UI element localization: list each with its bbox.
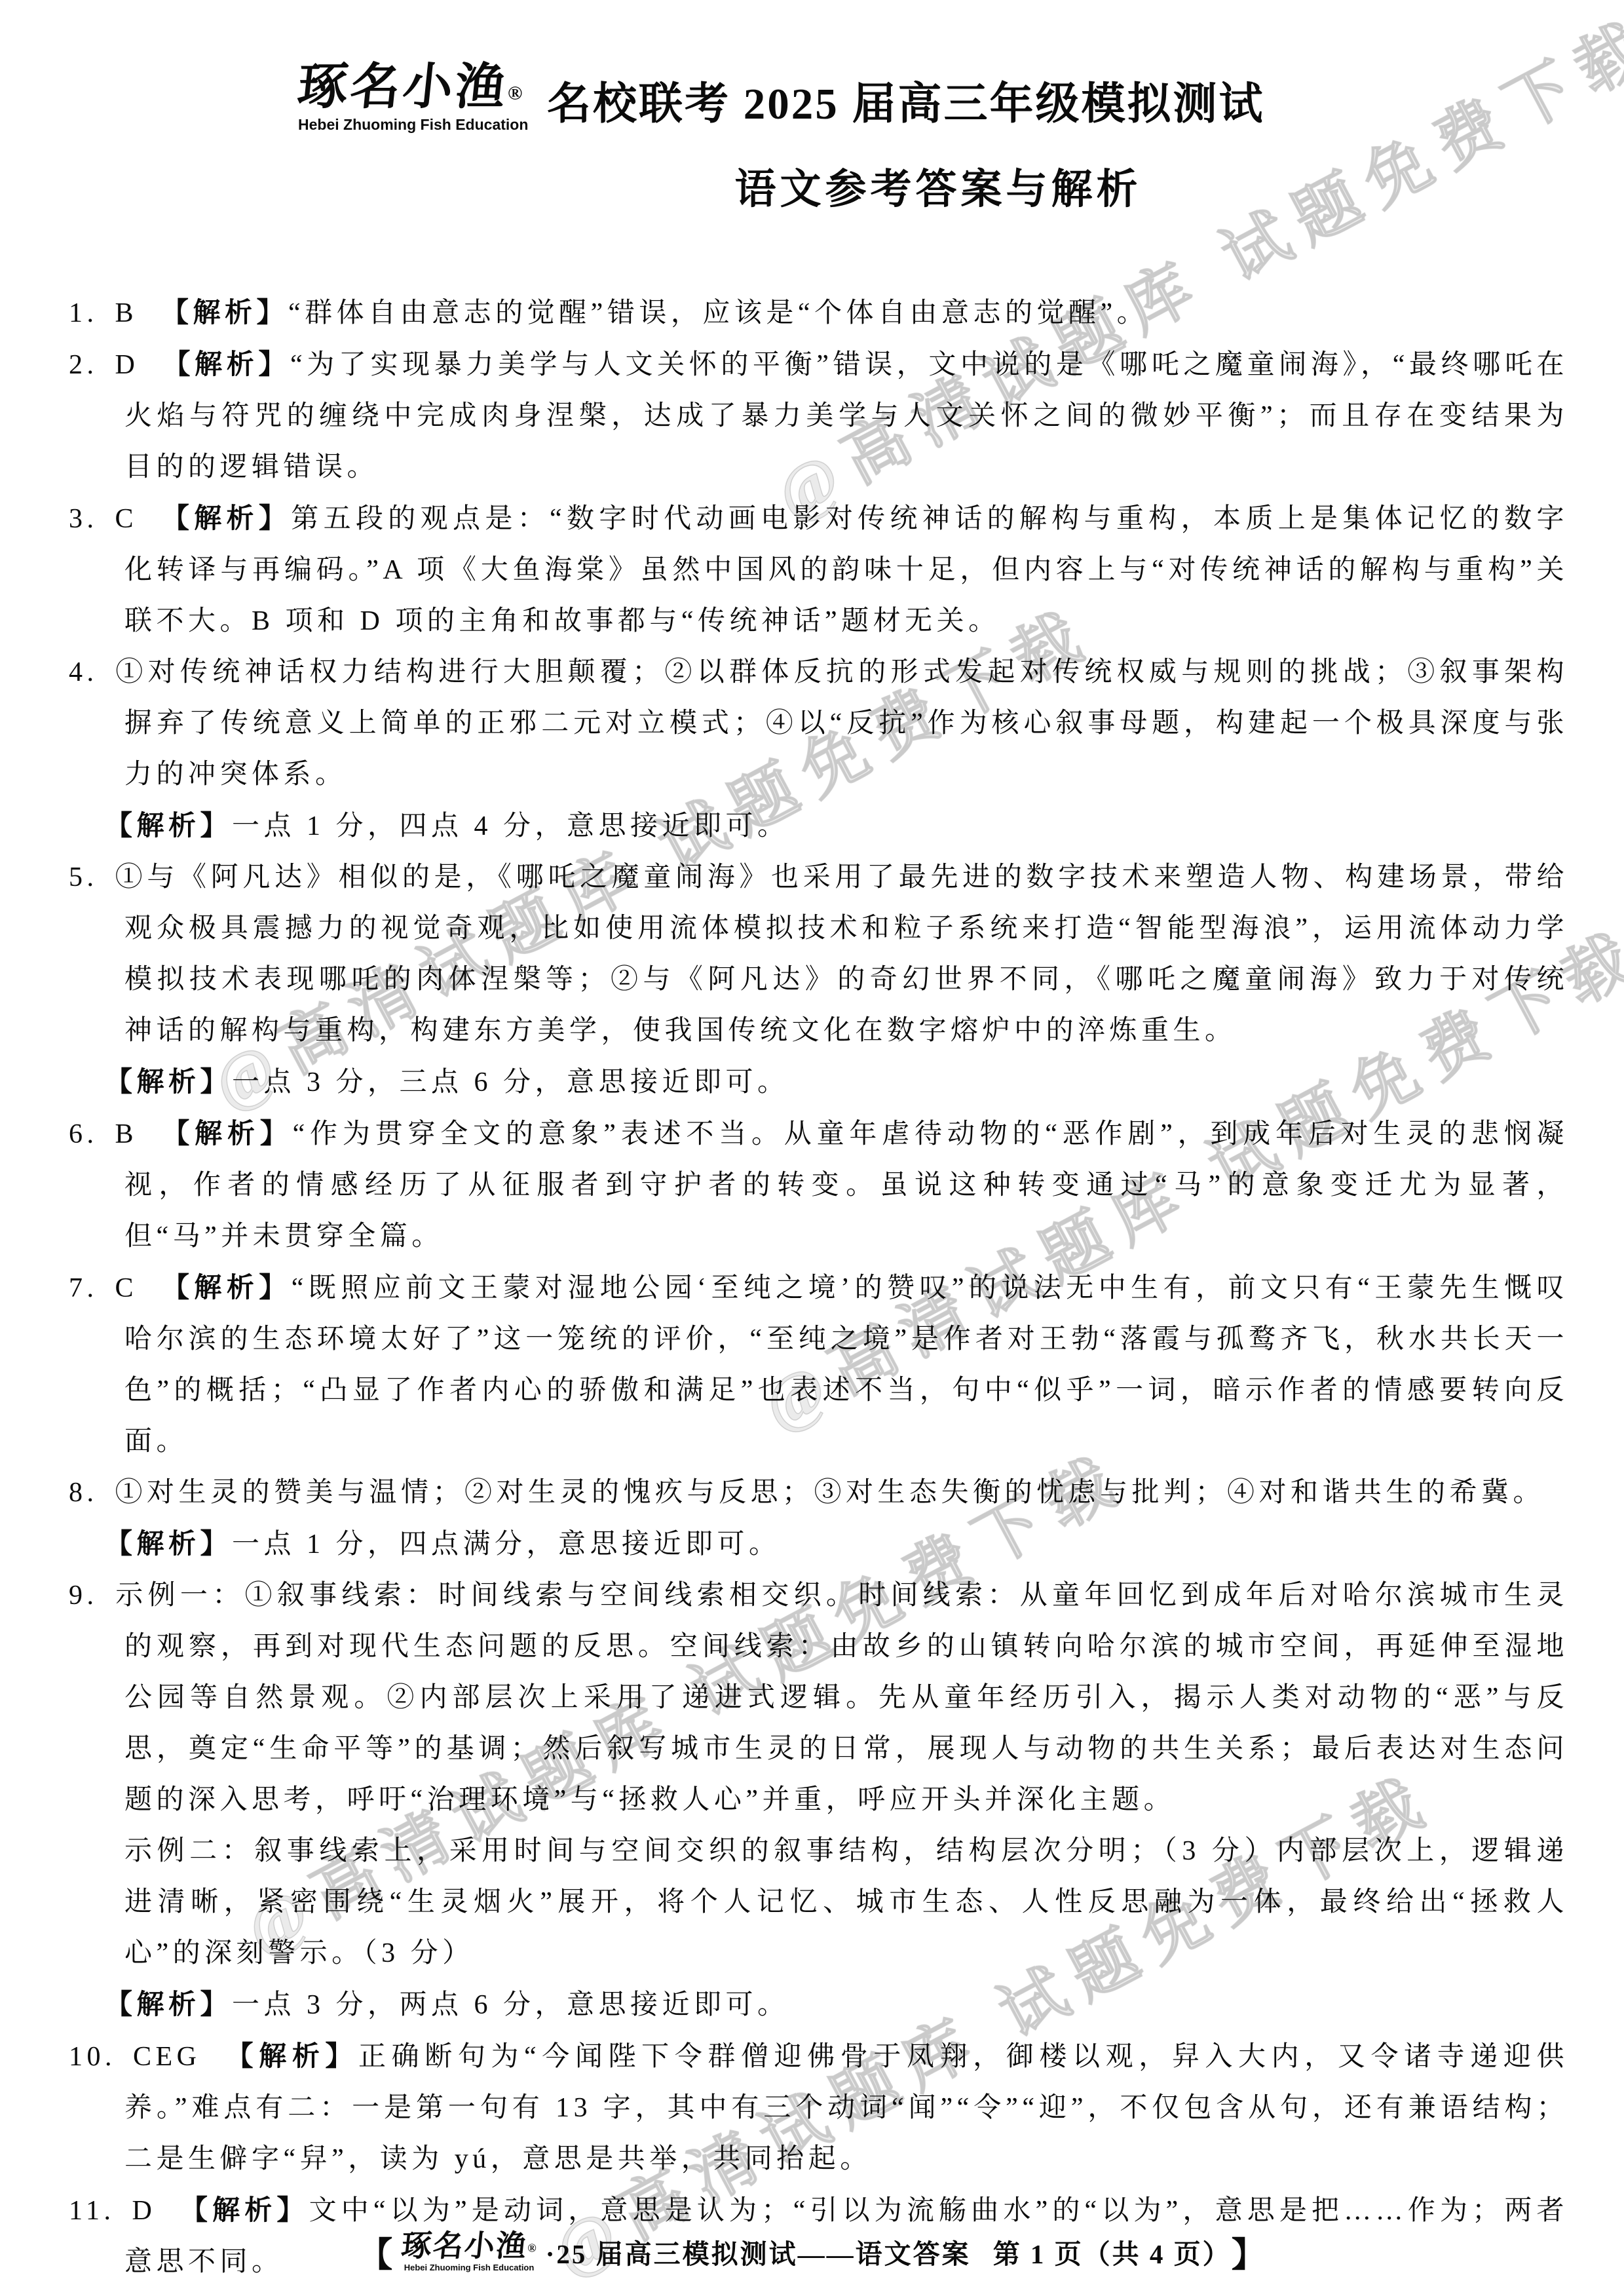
jiexi-label: 【解析】 xyxy=(105,1989,232,2019)
jiexi-label: 【解析】 xyxy=(161,503,291,533)
answer-item-8-jiexi: 【解析】一点 1 分，四点满分，意思接近即可。 xyxy=(105,1518,1568,1570)
item-text-example-1: 示例一：①叙事线索：时间线索与空间线索相交织。时间线索：从童年回忆到成年后对哈尔… xyxy=(115,1580,1569,1815)
answer-letter: C xyxy=(115,1273,138,1303)
answer-item-6: 6.B【解析】“作为贯穿全文的意象”表述不当。从童年虐待动物的“恶作剧”，到成年… xyxy=(124,1108,1568,1262)
answer-item-9: 9.示例一：①叙事线索：时间线索与空间线索相交织。时间线索：从童年回忆到成年后对… xyxy=(124,1570,1568,1826)
page-title: 语文参考答案与解析 xyxy=(252,156,1624,216)
item-number: 6. xyxy=(69,1119,98,1149)
item-number: 4. xyxy=(69,657,98,687)
answer-letter: C xyxy=(115,504,138,534)
page-footer: 【 琢名小渔® Hebei Zhuoming Fish Education ·2… xyxy=(0,2227,1624,2276)
jiexi-text: 一点 3 分，两点 6 分，意思接近即可。 xyxy=(232,1990,789,2020)
answer-item-8: 8.①对生灵的赞美与温情；②对生灵的愧疚与反思；③对生态失衡的忧虑与批判；④对和… xyxy=(124,1467,1568,1518)
jiexi-text: 一点 3 分，三点 6 分，意思接近即可。 xyxy=(232,1067,789,1098)
exam-title: 名校联考 2025 届高三年级模拟测试 xyxy=(547,69,1265,132)
answer-item-3: 3.C【解析】第五段的观点是：“数字时代动画电影对传统神话的解构与重构，本质上是… xyxy=(124,493,1568,647)
footer-bracket-open: 【 xyxy=(358,2227,392,2276)
brand-name: 琢名小渔 xyxy=(295,62,510,112)
jiexi-label: 【解析】 xyxy=(161,1272,292,1303)
item-number: 10. xyxy=(69,2042,116,2072)
page-number: 第 1 页（共 4 页） xyxy=(993,2232,1232,2271)
jiexi-label: 【解析】 xyxy=(105,1066,232,1097)
answers-list: 1.B【解析】“群体自由意志的觉醒”错误，应该是“个体自由意志的觉醒”。 2.D… xyxy=(0,287,1624,2287)
answer-item-2: 2.D【解析】“为了实现暴力美学与人文关怀的平衡”错误，文中说的是《哪吒之魔童闹… xyxy=(124,339,1568,493)
footer-brand-name: 琢名小渔 xyxy=(400,2231,529,2261)
header: 琢名小渔® Hebei Zhuoming Fish Education 名校联考… xyxy=(0,0,1624,210)
item-text: “既照应前文王蒙对湿地公园‘至纯之境’的赞叹”的说法无中生有，前文只有“王蒙先生… xyxy=(124,1273,1568,1457)
item-number: 8. xyxy=(69,1478,98,1508)
answer-item-10: 10.CEG【解析】正确断句为“今闻陛下令群僧迎佛骨于凤翔，御楼以观，舁入大内，… xyxy=(124,2031,1568,2185)
footer-exam-label: ·25 届高三模拟测试——语文答案 xyxy=(546,2232,971,2271)
answer-letter: B xyxy=(115,1119,138,1149)
jiexi-label: 【解析】 xyxy=(162,349,290,379)
answer-item-9-example-2: 示例二：叙事线索上，采用时间与空间交织的叙事结构，结构层次分明；（3 分）内部层… xyxy=(124,1826,1568,1979)
item-text: “为了实现暴力美学与人文关怀的平衡”错误，文中说的是《哪吒之魔童闹海》，“最终哪… xyxy=(124,350,1568,482)
jiexi-label: 【解析】 xyxy=(225,2040,359,2071)
item-number: 9. xyxy=(69,1580,98,1611)
answer-item-4-jiexi: 【解析】一点 1 分，四点 4 分，意思接近即可。 xyxy=(105,800,1568,852)
item-number: 5. xyxy=(69,862,98,892)
jiexi-label: 【解析】 xyxy=(179,2194,309,2225)
brand-english: Hebei Zhuoming Fish Education xyxy=(298,116,547,134)
item-number: 11. xyxy=(69,2196,115,2226)
jiexi-label: 【解析】 xyxy=(161,297,288,328)
item-text: ①对生灵的赞美与温情；②对生灵的愧疚与反思；③对生态失衡的忧虑与批判；④对和谐共… xyxy=(115,1478,1545,1508)
jiexi-text: 一点 1 分，四点满分，意思接近即可。 xyxy=(232,1529,781,1559)
answer-letter: D xyxy=(115,350,140,380)
answer-item-5: 5.①与《阿凡达》相似的是，《哪吒之魔童闹海》也采用了最先进的数字技术来塑造人物… xyxy=(124,852,1568,1056)
item-text: ①与《阿凡达》相似的是，《哪吒之魔童闹海》也采用了最先进的数字技术来塑造人物、构… xyxy=(115,862,1569,1046)
item-text: ①对传统神话权力结构进行大胆颠覆；②以群体反抗的形式发起对传统权威与规则的挑战；… xyxy=(115,657,1569,790)
item-number: 3. xyxy=(69,504,98,534)
item-number: 7. xyxy=(69,1273,98,1303)
registered-mark: ® xyxy=(508,83,522,104)
answer-letter: CEG xyxy=(133,2042,201,2072)
item-text: “作为贯穿全文的意象”表述不当。从童年虐待动物的“恶作剧”，到成年后对生灵的悲悯… xyxy=(124,1119,1568,1252)
item-number: 1. xyxy=(69,298,98,328)
footer-logo: 琢名小渔® Hebei Zhuoming Fish Education xyxy=(402,2231,536,2272)
jiexi-text: 一点 1 分，四点 4 分，意思接近即可。 xyxy=(232,811,789,841)
footer-brand-english: Hebei Zhuoming Fish Education xyxy=(402,2263,536,2272)
item-number: 2. xyxy=(69,350,98,380)
item-text-example-2: 示例二：叙事线索上，采用时间与空间交织的叙事结构，结构层次分明；（3 分）内部层… xyxy=(124,1836,1568,1968)
answer-item-9-jiexi: 【解析】一点 3 分，两点 6 分，意思接近即可。 xyxy=(105,1979,1568,2031)
answer-letter: B xyxy=(115,298,138,328)
jiexi-label: 【解析】 xyxy=(105,810,232,841)
item-text: 第五段的观点是：“数字时代动画电影对传统神话的解构与重构，本质上是集体记忆的数字… xyxy=(124,504,1568,636)
footer-registered-mark: ® xyxy=(527,2242,536,2255)
answer-item-7: 7.C【解析】“既照应前文王蒙对湿地公园‘至纯之境’的赞叹”的说法无中生有，前文… xyxy=(124,1262,1568,1467)
item-text: “群体自由意志的觉醒”错误，应该是“个体自由意志的觉醒”。 xyxy=(288,298,1148,328)
footer-bracket-close: 】 xyxy=(1232,2227,1266,2276)
publisher-logo: 琢名小渔® Hebei Zhuoming Fish Education xyxy=(298,62,547,134)
answer-item-4: 4.①对传统神话权力结构进行大胆颠覆；②以群体反抗的形式发起对传统权威与规则的挑… xyxy=(124,647,1568,800)
answer-letter: D xyxy=(132,2196,156,2226)
jiexi-label: 【解析】 xyxy=(105,1528,232,1559)
answer-item-1: 1.B【解析】“群体自由意志的觉醒”错误，应该是“个体自由意志的觉醒”。 xyxy=(124,287,1568,339)
jiexi-label: 【解析】 xyxy=(161,1118,293,1149)
answer-item-5-jiexi: 【解析】一点 3 分，三点 6 分，意思接近即可。 xyxy=(105,1056,1568,1108)
answer-sheet-page: @高清试题库 试题免费下载 @高清试题库 试题免费下载 @高清试题库 试题免费下… xyxy=(0,0,1624,2296)
